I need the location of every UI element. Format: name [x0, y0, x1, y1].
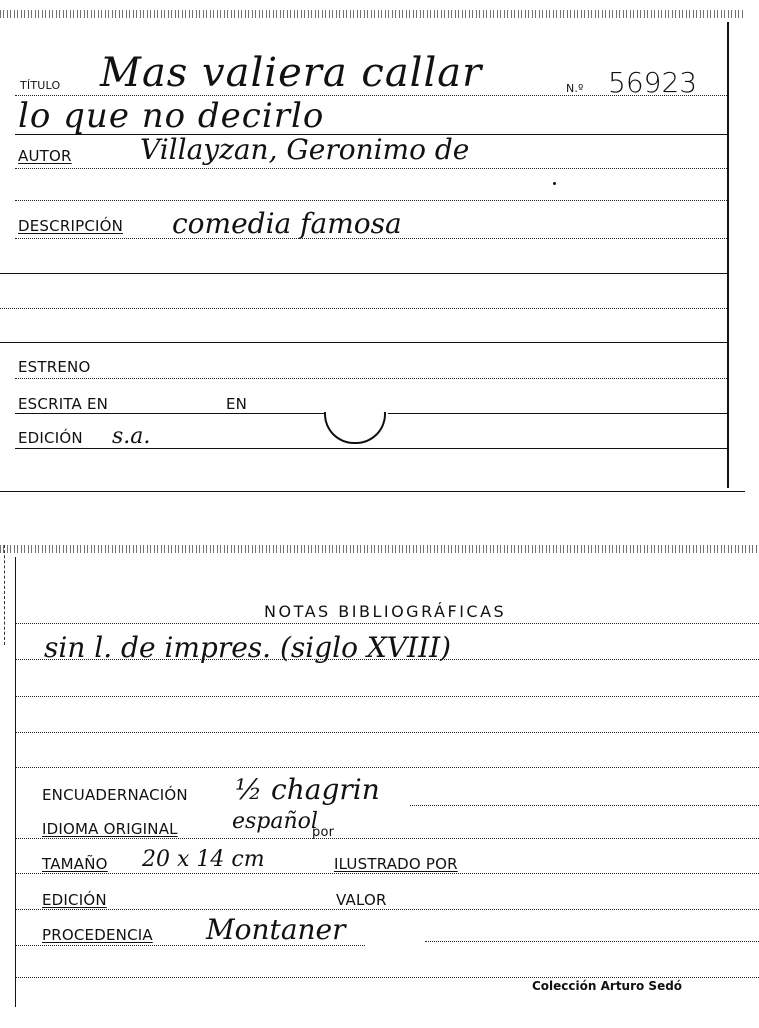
scan-left-noise	[4, 545, 5, 645]
notes-line-3	[15, 696, 759, 697]
edicion-label: EDICIÓN	[42, 891, 107, 909]
idioma-original-value: español	[232, 809, 318, 834]
estreno-line	[15, 378, 727, 379]
blank-line-1	[0, 273, 727, 274]
titulo-value-line1: Mas valiera callar	[100, 50, 482, 96]
numero-label: N.º	[566, 82, 584, 95]
ink-speck	[553, 182, 556, 185]
blank-line-3	[0, 342, 727, 343]
escrita-en-line-left	[15, 413, 325, 414]
catalog-card-front: TÍTULO Mas valiera callar N.º 56923 lo q…	[0, 0, 759, 500]
edicion-line	[15, 448, 727, 449]
escrita-en-label: ESCRITA EN	[18, 395, 108, 413]
notes-line-4	[15, 732, 759, 733]
edicion-valor-line	[15, 909, 759, 910]
valor-label: VALOR	[336, 891, 387, 909]
descripcion-value: comedia famosa	[172, 207, 402, 240]
collection-footer: Colección Arturo Sedó	[532, 979, 682, 993]
notes-line-5	[15, 767, 759, 768]
idioma-original-label: IDIOMA ORIGINAL	[42, 820, 178, 838]
blank-line-2	[0, 308, 727, 309]
procedencia-line-right	[425, 941, 759, 942]
edicion-label: EDICIÓN	[18, 429, 83, 447]
bottom-line	[15, 977, 759, 978]
notes-line-1	[15, 623, 759, 624]
estreno-label: ESTRENO	[18, 358, 91, 376]
titulo-value-line2: lo que no decirlo	[18, 96, 324, 136]
autor-value: Villayzan, Geronimo de	[140, 133, 469, 166]
autor-line	[15, 168, 727, 169]
tamano-value: 20 x 14 cm	[142, 847, 265, 872]
procedencia-value: Montaner	[206, 913, 346, 946]
tamano-line	[15, 873, 759, 874]
card-left-border	[15, 557, 16, 1007]
encuadernacion-label: ENCUADERNACIÓN	[42, 786, 188, 804]
scan-edge-noise	[0, 10, 745, 18]
catalog-card-back: NOTAS BIBLIOGRÁFICAS sin l. de impres. (…	[0, 535, 759, 1028]
procedencia-label: PROCEDENCIA	[42, 926, 153, 944]
card-bottom-edge	[0, 491, 745, 492]
card-right-border	[727, 22, 729, 488]
encuadernacion-line	[410, 805, 759, 806]
autor-label: AUTOR	[18, 147, 72, 165]
edicion-value: s.a.	[112, 424, 150, 449]
procedencia-line-left	[15, 945, 365, 946]
ilustrado-por-label: ILUSTRADO POR	[334, 855, 458, 873]
encuadernacion-value: ½ chagrin	[235, 773, 380, 806]
punch-hole-mark	[324, 412, 386, 444]
descripcion-line	[15, 238, 727, 239]
escrita-en-line-right	[388, 413, 727, 414]
descripcion-label: DESCRIPCIÓN	[18, 217, 123, 235]
titulo-label: TÍTULO	[20, 79, 60, 92]
section-title: NOTAS BIBLIOGRÁFICAS	[264, 602, 506, 621]
autor-line-2	[15, 200, 727, 201]
tamano-label: TAMAÑO	[42, 855, 108, 873]
en-label: EN	[226, 395, 247, 413]
scan-edge-noise	[0, 545, 759, 553]
idioma-line	[15, 838, 759, 839]
notes-line-2	[15, 659, 759, 660]
